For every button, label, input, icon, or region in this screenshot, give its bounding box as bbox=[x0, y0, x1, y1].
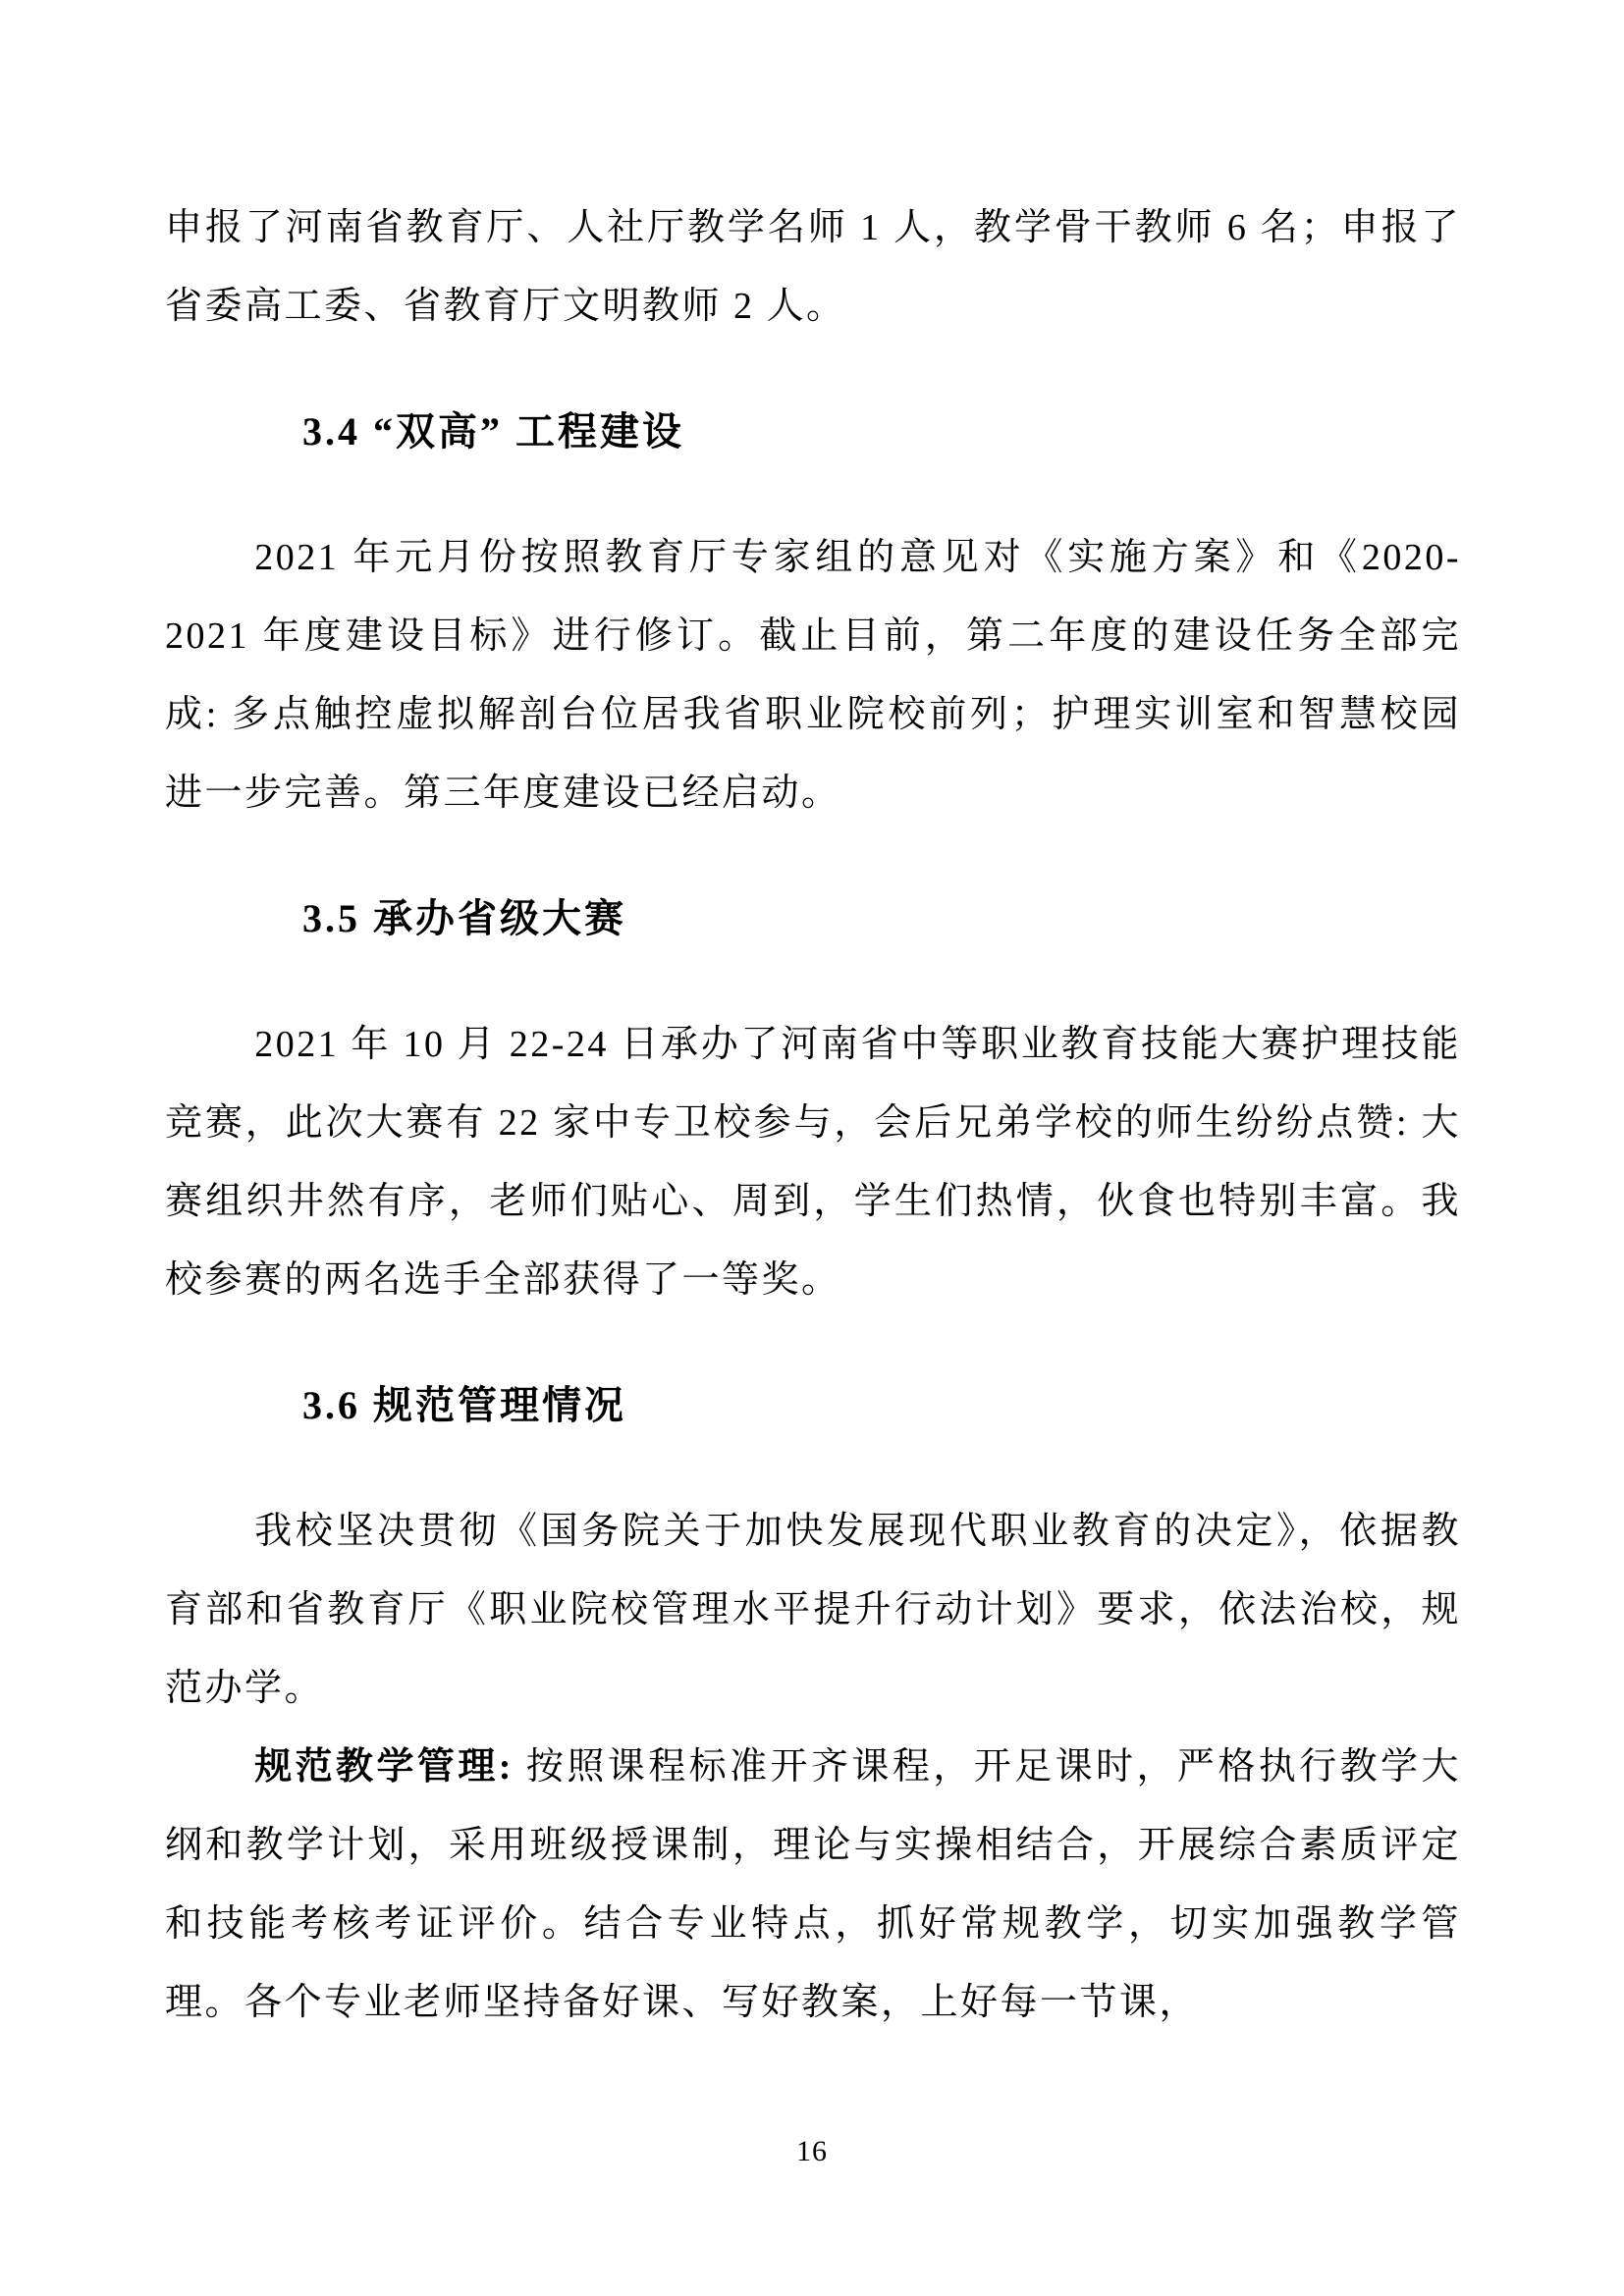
paragraph-3-6-management-body: 我校坚决贯彻《国务院关于加快发展现代职业教育的决定》，依据教育部和省教育厅《职业… bbox=[165, 1492, 1461, 1728]
heading-3-4-shuanggao-project: 3.4 “双高” 工程建设 bbox=[165, 393, 1461, 471]
paragraph-teaching-management: 规范教学管理: 按照课程标准开齐课程，开足课时，严格执行教学大纲和教学计划，采用… bbox=[165, 1728, 1461, 2042]
paragraph-3-4-shuanggao-body: 2021 年元月份按照教育厅专家组的意见对《实施方案》和《2020-2021 年… bbox=[165, 518, 1461, 832]
paragraph-teacher-applications: 申报了河南省教育厅、人社厅教学名师 1 人，教学骨干教师 6 名；申报了省委高工… bbox=[165, 188, 1461, 346]
paragraph-3-5-competition-body: 2021 年 10 月 22-24 日承办了河南省中等职业教育技能大赛护理技能竞… bbox=[165, 1005, 1461, 1319]
paragraph-teaching-management-label: 规范教学管理: bbox=[254, 1746, 526, 1788]
heading-3-6-management: 3.6 规范管理情况 bbox=[165, 1366, 1461, 1445]
heading-3-5-provincial-competition: 3.5 承办省级大赛 bbox=[165, 880, 1461, 958]
page-number: 16 bbox=[0, 2135, 1624, 2168]
document-page: 申报了河南省教育厅、人社厅教学名师 1 人，教学骨干教师 6 名；申报了省委高工… bbox=[0, 0, 1624, 2296]
paragraph-teaching-management-text: 按照课程标准开齐课程，开足课时，严格执行教学大纲和教学计划，采用班级授课制，理论… bbox=[165, 1746, 1461, 2023]
